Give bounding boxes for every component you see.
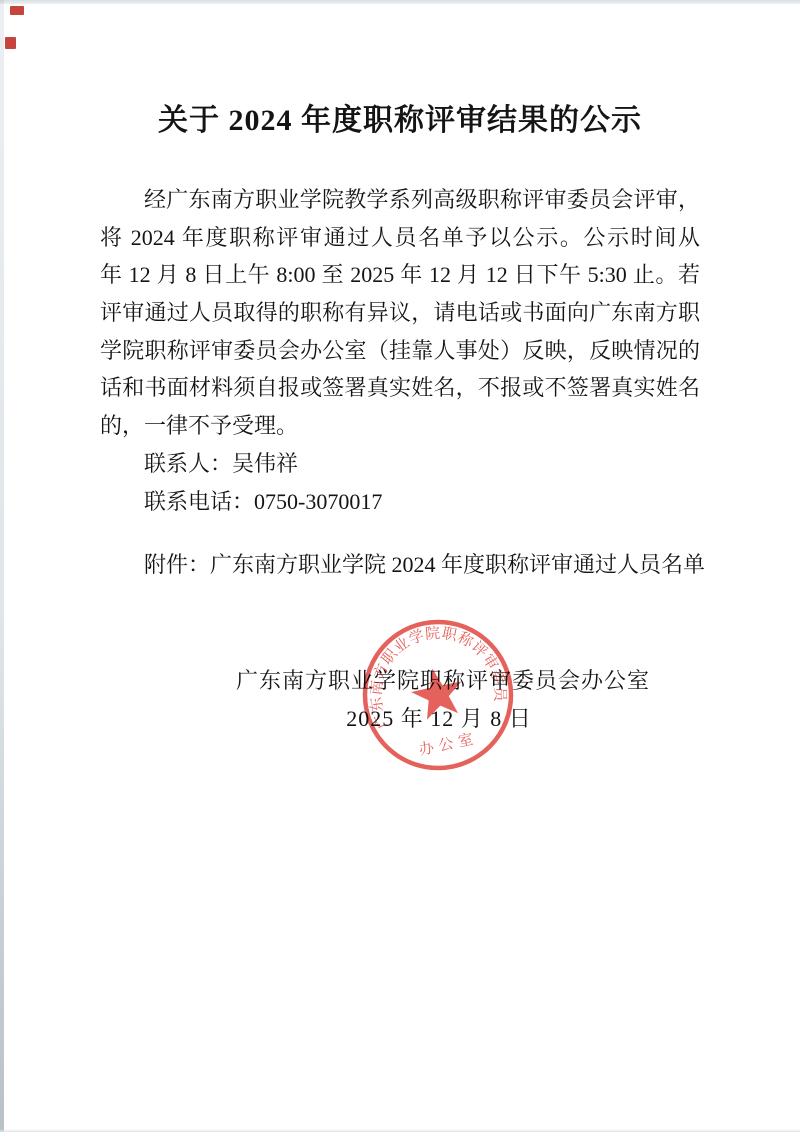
body-line: 年 12 月 8 日上午 8:00 至 2025 年 12 月 12 日下午 5…: [100, 261, 700, 289]
body-line: 经广东南方职业学院教学系列高级职称评审委员会评审，现: [144, 186, 700, 214]
contact-person: 联系人：吴伟祥: [144, 450, 700, 477]
page-title: 关于 2024 年度职称评审结果的公示: [0, 95, 800, 139]
document-page: 关于 2024 年度职称评审结果的公示 经广东南方职业学院教学系列高级职称评审委…: [0, 0, 800, 1132]
contact-phone: 联系电话：0750-3070017: [144, 488, 700, 515]
red-scan-mark: [5, 37, 16, 49]
body-line: 将 2024 年度职称评审通过人员名单予以公示。公示时间从 2025: [100, 224, 700, 252]
seal-star-icon: [407, 663, 467, 721]
body-line: 话和书面材料须自报或签署真实姓名，不报或不签署真实姓名: [100, 374, 700, 402]
scan-edge-left: [0, 0, 4, 1132]
official-seal-stamp: 广东南方职业学院职称评审委员会 办公室: [345, 602, 530, 787]
body-line: 学院职称评审委员会办公室（挂靠人事处）反映，反映情况的电: [100, 337, 700, 365]
body-line: 的，一律不予受理。: [100, 412, 700, 439]
body-line: 评审通过人员取得的职称有异议，请电话或书面向广东南方职业: [100, 299, 700, 327]
red-scan-mark: [10, 6, 24, 15]
scan-edge-top: [0, 0, 800, 4]
attachment-line: 附件：广东南方职业学院 2024 年度职称评审通过人员名单: [144, 551, 700, 578]
seal-bottom-text: 办公室: [417, 730, 479, 759]
